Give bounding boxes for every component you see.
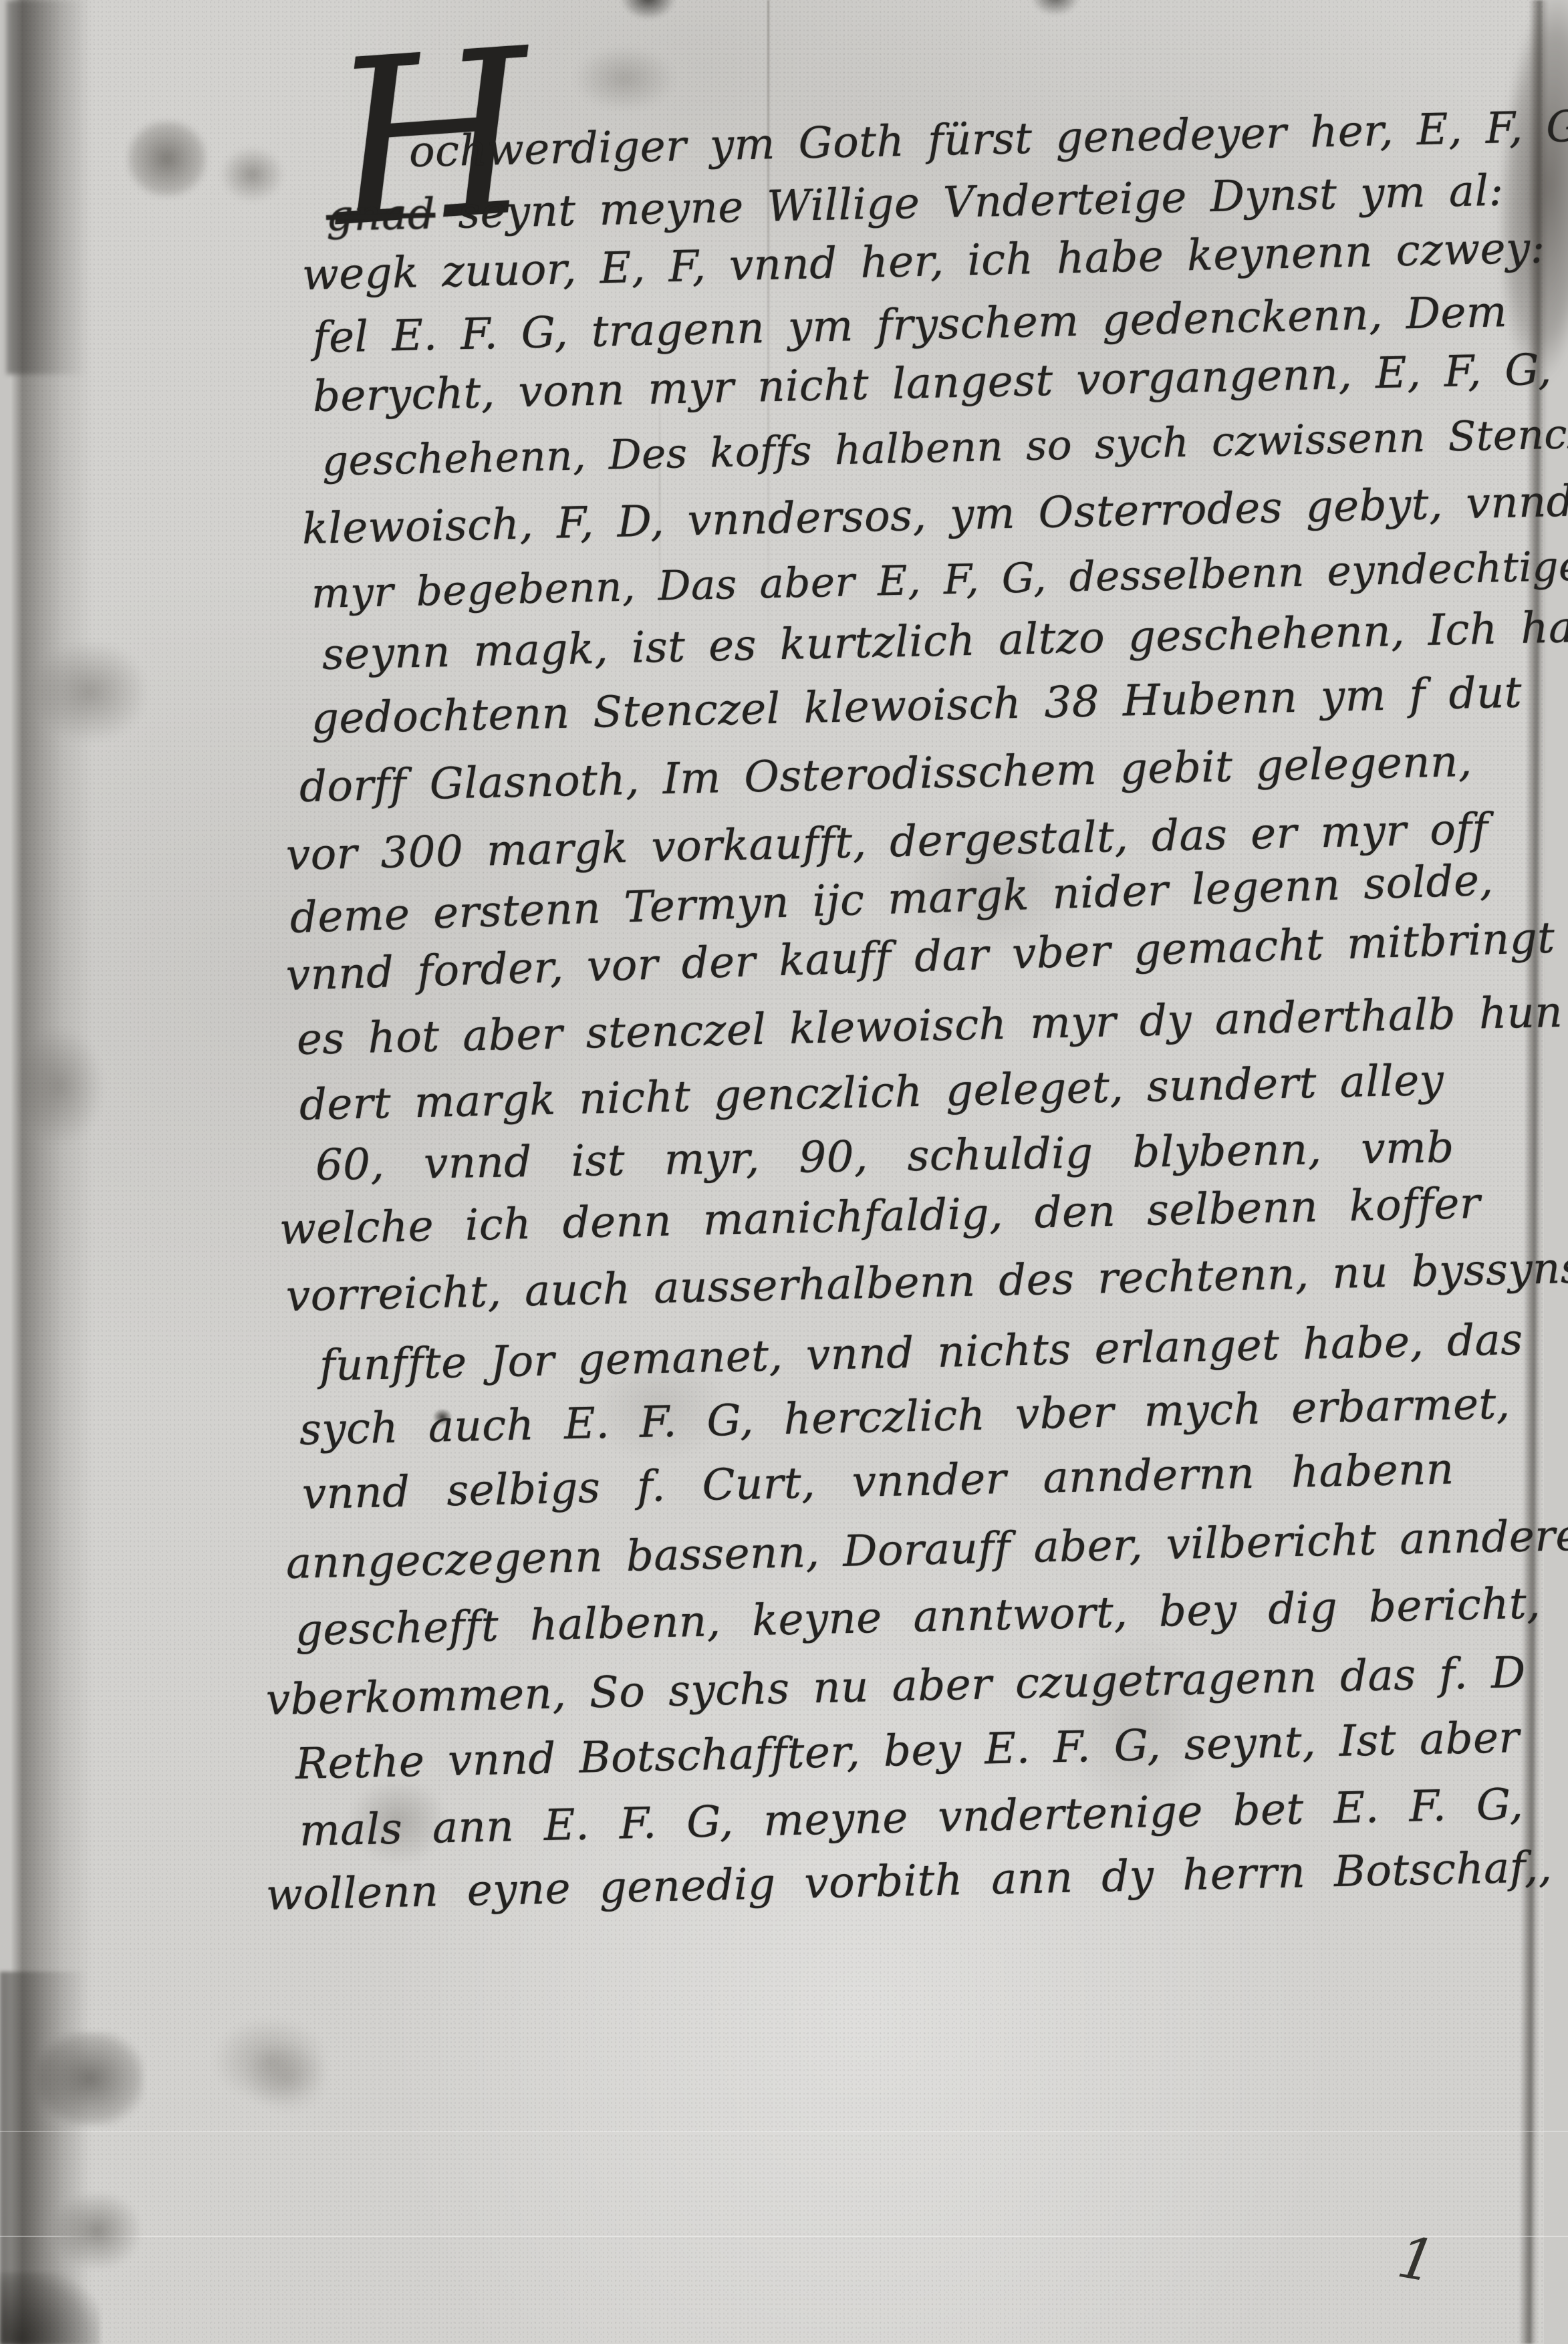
manuscript-line: geschefft halbenn, keyne anntwort, bey d… (295, 1582, 1541, 1652)
manuscript-line: vberkommen, So sychs nu aber czugetragen… (265, 1652, 1526, 1722)
manuscript-line: anngeczegenn bassenn, Dorauff aber, vilb… (285, 1515, 1568, 1585)
manuscript-line: welche ich denn manichfaldig, den selben… (279, 1182, 1480, 1251)
manuscript-line: es hot aber stenczel klewoisch myr dy an… (296, 991, 1563, 1061)
manuscript-line: ochwerdiger ym Goth fürst genedeyer her,… (408, 106, 1568, 174)
manuscript-line: klewoisch, F, D, vnndersos, ym Osterrode… (301, 480, 1568, 551)
manuscript-line: seynn magk, ist es kurtzlich altzo gesch… (321, 605, 1568, 676)
manuscript-line: Rethe vnnd Botschaffter, bey E. F. G, se… (295, 1716, 1520, 1786)
manuscript-line: myr begebenn, Das aber E, F, G, desselbe… (311, 545, 1568, 614)
manuscript-line: gedochtenn Stenczel klewoisch 38 Hubenn … (311, 671, 1522, 741)
manuscript-line: vorreicht, auch ausserhalbenn des rechte… (285, 1247, 1568, 1318)
manuscript-line: geschehenn, Des koffs halbenn so sych cz… (321, 412, 1568, 482)
manuscript-line: funffte Jor gemanet, vnnd nichts erlange… (319, 1319, 1523, 1388)
manuscript-line: dert margk nicht genczlich geleget, sund… (299, 1059, 1444, 1127)
manuscript-line: 60, vnnd ist myr, 90, schuldig blybenn, … (315, 1126, 1454, 1187)
manuscript-line: fel E. F. G, tragenn ym fryschem gedenck… (312, 291, 1507, 360)
struck-out-word: gnad (325, 192, 436, 238)
manuscript-line: mals ann E. F. G, meyne vndertenige bet … (299, 1783, 1524, 1853)
manuscript-line: dorff Glasnoth, Im Osterodisschem gebit … (299, 741, 1472, 809)
manuscript-page: H ochwerdiger ym Goth fürst genedeyer he… (0, 0, 1568, 2344)
manuscript-line: sych auch E. F. G, herczlich vber mych e… (299, 1382, 1511, 1452)
handwritten-text-block: H ochwerdiger ym Goth fürst genedeyer he… (0, 0, 1568, 2344)
manuscript-line: wollenn eyne genedig vorbith ann dy herr… (265, 1846, 1553, 1917)
manuscript-line: vnnd selbigs f. Curt, vnnder anndernn ha… (301, 1448, 1454, 1516)
manuscript-line: berycht, vonn myr nicht langest vorgange… (312, 349, 1552, 418)
